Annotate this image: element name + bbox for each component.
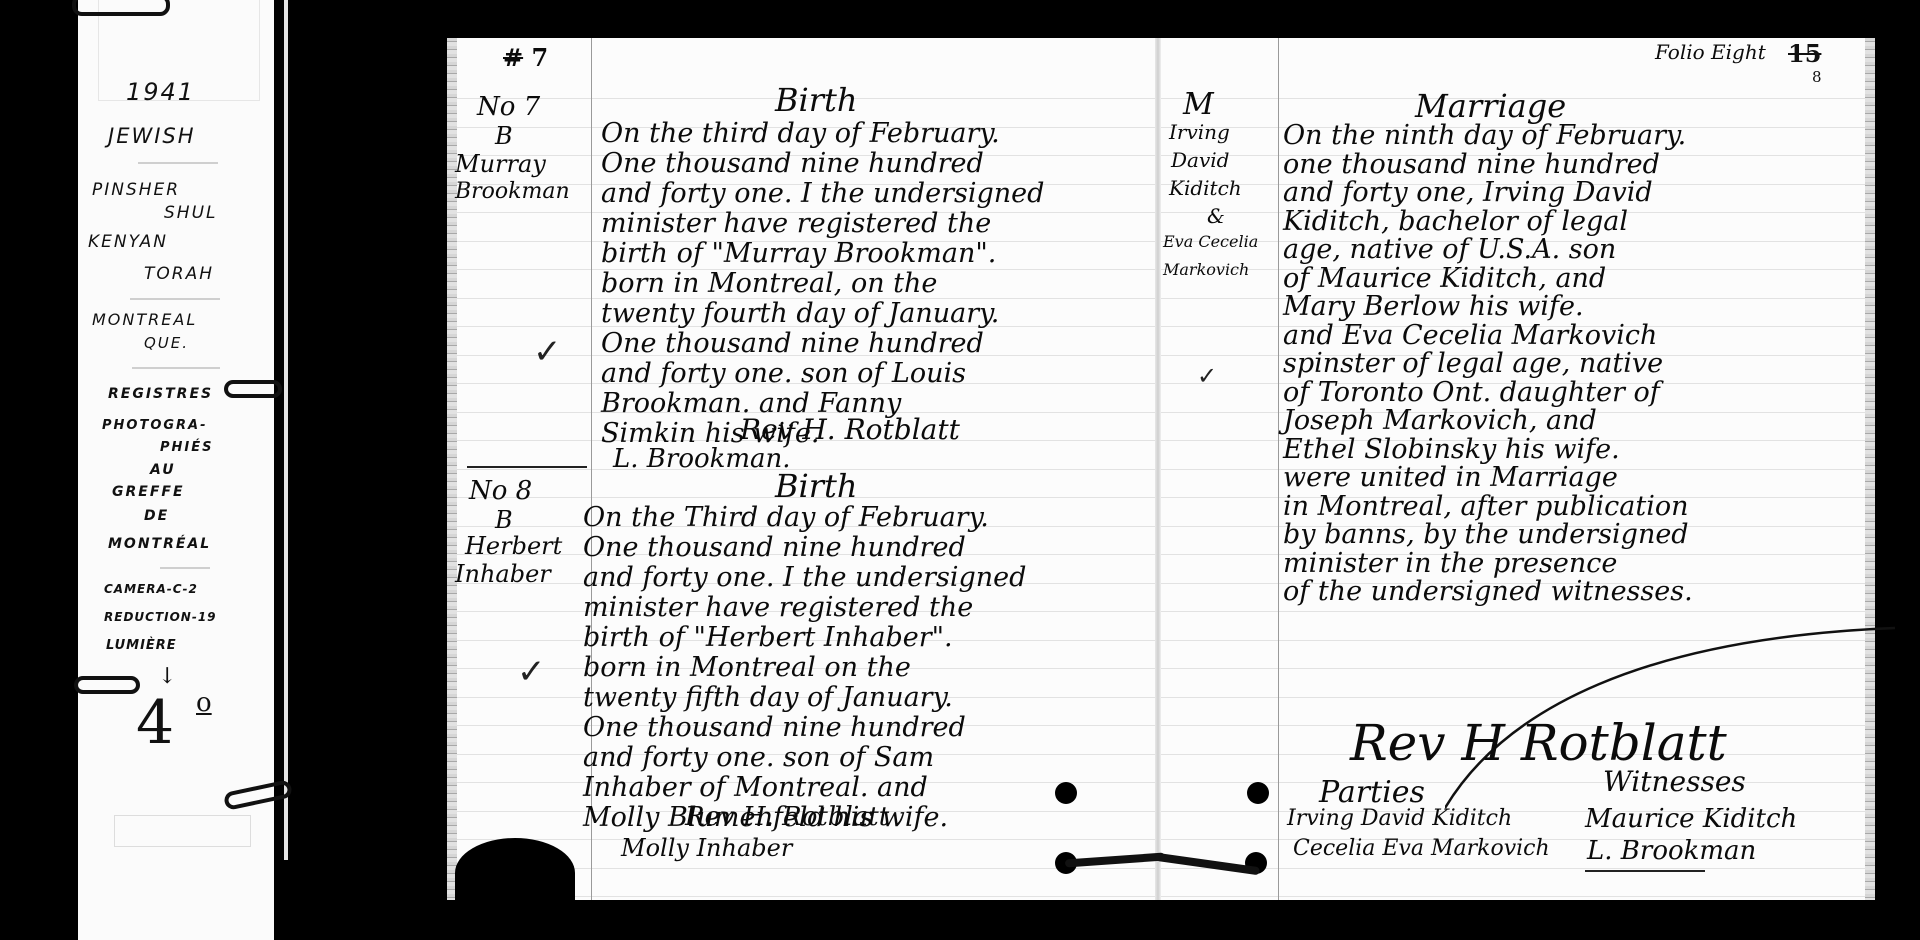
- congregation-line: TORAH: [144, 264, 214, 284]
- entry-line: One thousand nine hundred: [601, 150, 984, 177]
- entry-line: Molly Blumenfeld his wife.: [583, 804, 948, 831]
- minister-signature: Rev H Rotblatt: [1350, 718, 1727, 768]
- entry-heading: Marriage: [1415, 90, 1566, 122]
- entry-line: age, native of U.S.A. son: [1283, 236, 1616, 263]
- congregation-line: KENYAN: [88, 232, 168, 252]
- margin-name: Irving: [1169, 122, 1230, 142]
- entry-line: On the Third day of February.: [583, 504, 989, 531]
- index-card-strip: 1941 JEWISH PINSHER SHUL KENYAN TORAH MO…: [78, 0, 274, 940]
- registers-line: MONTRÉAL: [108, 536, 211, 552]
- divider: [138, 162, 218, 164]
- signature-underline: [1585, 870, 1705, 872]
- registers-line: REGISTRES: [108, 386, 213, 402]
- religion-label: JEWISH: [108, 124, 196, 148]
- thumb-shadow: [455, 838, 575, 908]
- entry-line: minister have registered the: [583, 594, 973, 621]
- folio-number-struck: 15: [1788, 42, 1821, 66]
- entry-line: born in Montreal on the: [583, 654, 911, 681]
- entry-line: minister have registered the: [601, 210, 991, 237]
- witness-signature: Maurice Kiditch: [1585, 806, 1797, 832]
- entry-line: twenty fifth day of January.: [583, 684, 953, 711]
- paper-clip-icon: [72, 0, 170, 16]
- party-signature: Irving David Kiditch: [1287, 808, 1512, 830]
- blank-box: [114, 815, 251, 847]
- arrow-down-icon: ↓: [158, 664, 176, 689]
- divider: [160, 567, 210, 569]
- entry-line: born in Montreal, on the: [601, 270, 937, 297]
- book-spine: [1155, 38, 1161, 900]
- divider: [130, 298, 220, 300]
- witness-signature: L. Brookman: [1587, 838, 1756, 864]
- entry-heading: Birth: [775, 470, 858, 502]
- entry-line: in Montreal, after publication: [1283, 493, 1689, 520]
- struck-mark: #: [503, 43, 523, 72]
- folio-number: 8: [1812, 70, 1822, 85]
- entry-line: of the undersigned witnesses.: [1283, 578, 1693, 605]
- entry-line: and Eva Cecelia Markovich: [1283, 322, 1657, 349]
- entry-line: were united in Marriage: [1283, 464, 1618, 491]
- registers-line: DE: [144, 508, 169, 524]
- right-margin-line: [1278, 38, 1279, 900]
- entry-line: of Toronto Ont. daughter of: [1283, 379, 1660, 406]
- registers-line: GREFFE: [112, 484, 185, 500]
- city-line: MONTREAL: [92, 310, 197, 329]
- margin-name: Murray: [455, 152, 546, 176]
- paper-clip-icon: [74, 676, 140, 694]
- entry-line: Simkin his wife.: [601, 420, 819, 447]
- volume-number: 4: [136, 688, 174, 758]
- registers-line: AU: [150, 462, 176, 478]
- entry-line: Joseph Markovich, and: [1283, 407, 1597, 434]
- party-signature: Cecelia Eva Markovich: [1293, 838, 1550, 860]
- entry-type-code: M: [1183, 90, 1214, 120]
- entry-line: One thousand nine hundred: [601, 330, 984, 357]
- checkmark-icon: ✓: [517, 652, 546, 692]
- entry-number: No 7: [477, 94, 540, 120]
- parties-label: Parties: [1319, 778, 1425, 808]
- entry-line: Inhaber of Montreal. and: [583, 774, 928, 801]
- margin-name: Brookman: [455, 181, 570, 203]
- entry-line: and forty one. I the undersigned: [601, 180, 1044, 207]
- registers-line: PHIÉS: [160, 440, 214, 455]
- entry-line: one thousand nine hundred: [1283, 151, 1660, 178]
- checkmark-icon: ✓: [533, 332, 562, 372]
- entry-line: Ethel Slobinsky his wife.: [1283, 436, 1620, 463]
- margin-name: Eva Cecelia: [1163, 234, 1258, 250]
- entry-number: No 8: [469, 478, 532, 504]
- entry-line: birth of "Murray Brookman".: [601, 240, 996, 267]
- camera-label: CAMERA-C-2: [104, 582, 198, 596]
- entry-line: birth of "Herbert Inhaber".: [583, 624, 953, 651]
- witnesses-label: Witnesses: [1603, 768, 1746, 796]
- entry-type-code: B: [495, 124, 513, 148]
- divider: [132, 367, 220, 369]
- entry-line: and forty one. I the undersigned: [583, 564, 1026, 591]
- margin-name: Kiditch: [1169, 178, 1242, 198]
- entry-line: twenty fourth day of January.: [601, 300, 999, 327]
- parent-signature: Molly Inhaber: [621, 836, 792, 860]
- margin-name: Inhaber: [455, 562, 551, 586]
- entry-line: Mary Berlow his wife.: [1283, 293, 1584, 320]
- congregation-line: SHUL: [164, 203, 218, 223]
- margin-name: Herbert: [465, 534, 562, 558]
- light-label: LUMIÈRE: [106, 638, 177, 653]
- margin-name: Markovich: [1163, 262, 1249, 278]
- entry-line: of Maurice Kiditch, and: [1283, 265, 1606, 292]
- checkmark-icon: ✓: [1197, 362, 1217, 390]
- binding-hole: [1055, 782, 1077, 804]
- entry-divider: [467, 466, 587, 468]
- entry-line: One thousand nine hundred: [583, 534, 966, 561]
- entry-heading: Birth: [775, 84, 858, 116]
- entry-line: and forty one, Irving David: [1283, 179, 1653, 206]
- entry-type-code: B: [495, 508, 513, 532]
- folio-mark: # 7: [503, 46, 548, 70]
- binding-hole: [1247, 782, 1269, 804]
- entry-line: by banns, by the undersigned: [1283, 521, 1689, 548]
- city-line: QUE.: [144, 334, 189, 352]
- folio-note: Folio Eight: [1655, 42, 1766, 62]
- margin-name: David: [1171, 150, 1229, 170]
- reduction-label: REDUCTION-19: [104, 610, 217, 624]
- entry-line: Brookman. and Fanny: [601, 390, 901, 417]
- parent-signature: L. Brookman.: [613, 446, 791, 472]
- entry-line: minister in the presence: [1283, 550, 1617, 577]
- entry-line: On the third day of February.: [601, 120, 1000, 147]
- entry-line: One thousand nine hundred: [583, 714, 966, 741]
- register-book: # 7 No 7 B Murray Brookman Birth Rev H. …: [455, 38, 1865, 900]
- entry-line: and forty one. son of Louis: [601, 360, 966, 387]
- entry-line: and forty one. son of Sam: [583, 744, 934, 771]
- registers-line: PHOTOGRA-: [102, 418, 208, 433]
- entry-line: spinster of legal age, native: [1283, 350, 1663, 377]
- binding-cord: [1065, 853, 1165, 868]
- paper-clip-icon: [224, 380, 282, 398]
- strip-edge: [284, 0, 288, 860]
- paper-clip-icon: [223, 779, 293, 811]
- entry-line: Kiditch, bachelor of legal: [1283, 208, 1628, 235]
- margin-name: &: [1207, 206, 1225, 226]
- congregation-line: PINSHER: [92, 180, 180, 200]
- entry-line: On the ninth day of February.: [1283, 122, 1686, 149]
- year-label: 1941: [126, 78, 195, 106]
- volume-suffix: o: [196, 688, 212, 718]
- folio-number: 7: [531, 43, 548, 72]
